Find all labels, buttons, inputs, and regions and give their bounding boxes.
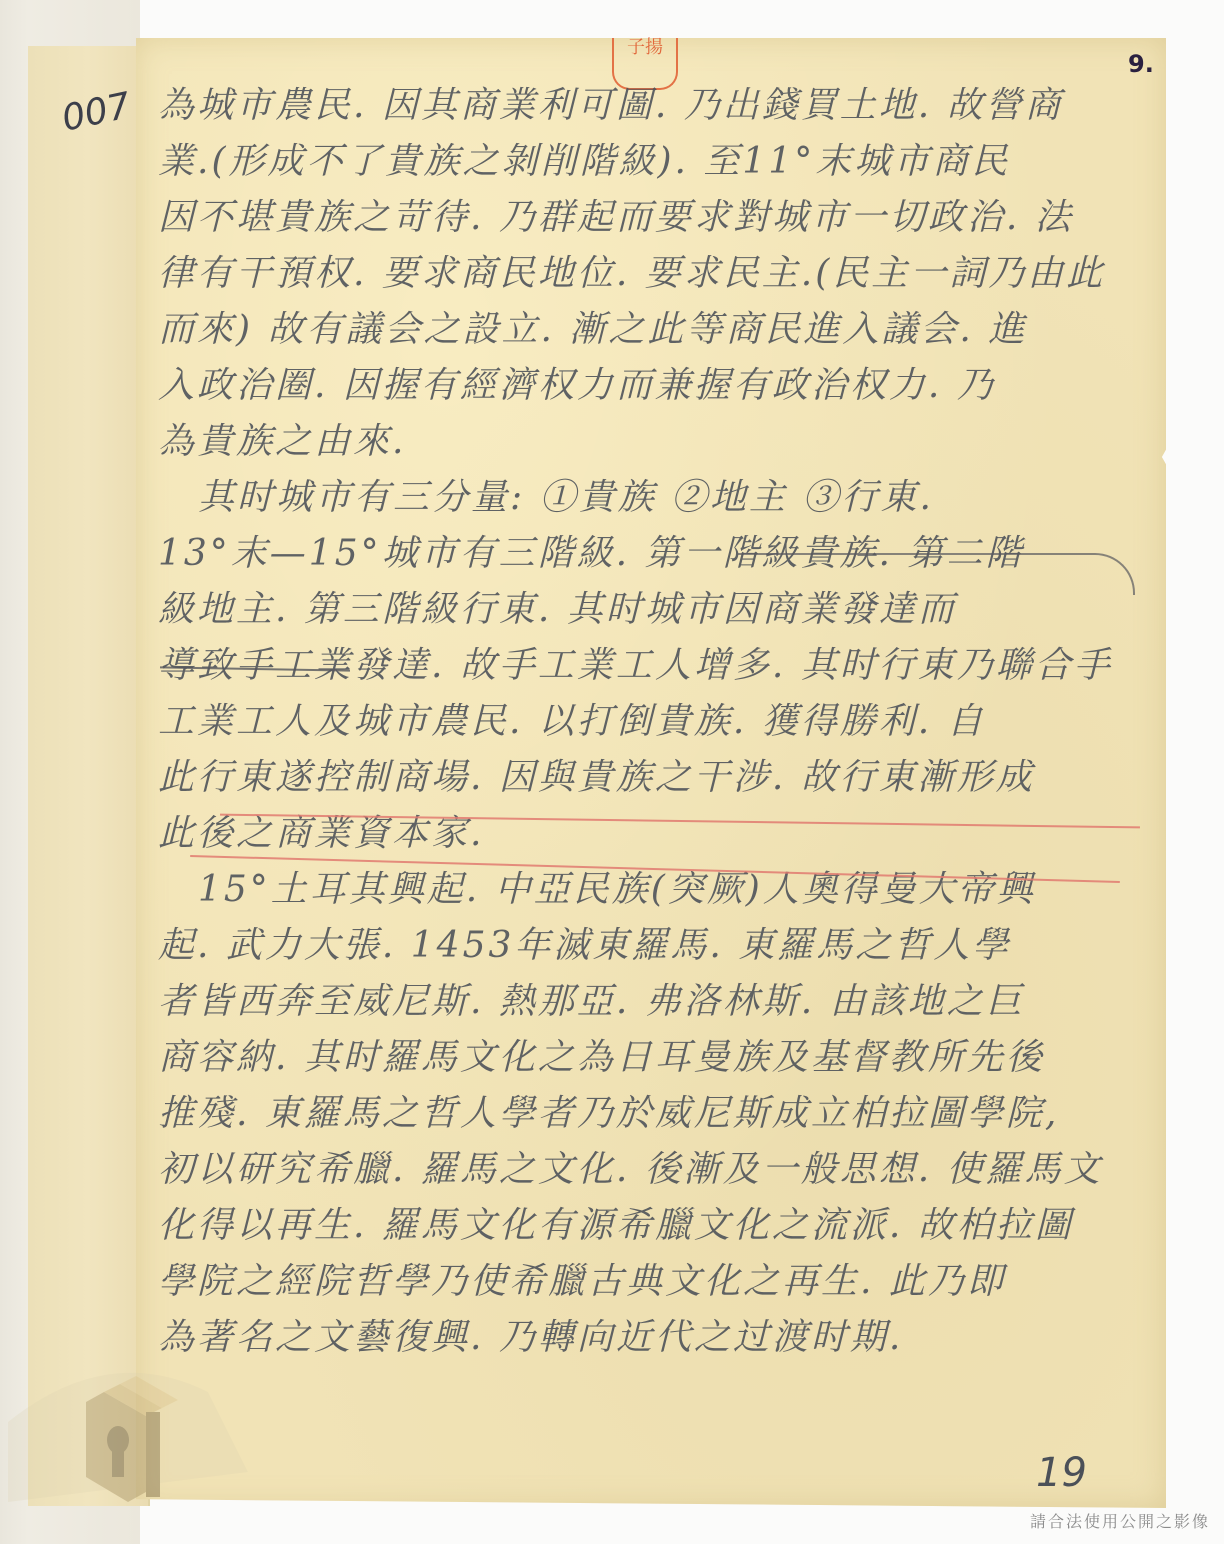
manuscript-text: 為城市農民. 因其商業利可圖. 乃出錢買土地. 故營商 業.(形成不了貴族之剝削… xyxy=(158,78,1158,1366)
page-number: 19 xyxy=(1036,1450,1087,1496)
corner-page-mark: 9. xyxy=(1128,50,1154,78)
mount-flap xyxy=(28,46,150,1506)
text-line: 學院之經院哲學乃使希臘古典文化之再生. 此乃即 xyxy=(158,1254,1158,1310)
text-line: 因不堪貴族之苛待. 乃群起而要求對城市一切政治. 法 xyxy=(158,190,1158,246)
text-line: 導致手工業發達. 故手工業工人增多. 其时行東乃聯合手 xyxy=(158,638,1158,694)
text-line: 者皆西奔至威尼斯. 熱那亞. 弗洛林斯. 由該地之巨 xyxy=(158,974,1158,1030)
text-line: 業.(形成不了貴族之剝削階級). 至11°末城市商民 xyxy=(158,134,1158,190)
text-line: 為城市農民. 因其商業利可圖. 乃出錢買土地. 故營商 xyxy=(158,78,1158,134)
copyright-notice: 請合法使用公開之影像 xyxy=(1030,1509,1210,1532)
text-line: 起. 武力大張. 1453年滅東羅馬. 東羅馬之哲人學 xyxy=(158,918,1158,974)
text-line: 為著名之文藝復興. 乃轉向近代之过渡时期. xyxy=(158,1310,1158,1366)
pencil-bracket-annotation xyxy=(738,553,1135,595)
text-line: 其时城市有三分量: ①貴族 ②地主 ③行東. xyxy=(158,470,1158,526)
text-line: 此行東遂控制商場. 因與貴族之干涉. 故行東漸形成 xyxy=(158,750,1158,806)
text-line: 工業工人及城市農民. 以打倒貴族. 獲得勝利. 自 xyxy=(158,694,1158,750)
text-line: 15°土耳其興起. 中亞民族(突厥)人奧得曼大帝興 xyxy=(158,862,1158,918)
text-line: 入政治圈. 因握有經濟权力而兼握有政治权力. 乃 xyxy=(158,358,1158,414)
text-line: 化得以再生. 羅馬文化有源希臘文化之流派. 故柏拉圖 xyxy=(158,1198,1158,1254)
text-line: 為貴族之由來. xyxy=(158,414,1158,470)
text-line: 初以研究希臘. 羅馬之文化. 後漸及一般思想. 使羅馬文 xyxy=(158,1142,1158,1198)
text-line: 而來) 故有議会之設立. 漸之此等商民進入議会. 進 xyxy=(158,302,1158,358)
text-line: 推殘. 東羅馬之哲人學者乃於威尼斯成立柏拉圖學院, xyxy=(158,1086,1158,1142)
text-line: 律有干預权. 要求商民地位. 要求民主.(民主一詞乃由此 xyxy=(158,246,1158,302)
archive-bookshelf-keyhole-icon xyxy=(8,1352,248,1502)
text-line: 商容納. 其时羅馬文化之為日耳曼族及基督教所先後 xyxy=(158,1030,1158,1086)
